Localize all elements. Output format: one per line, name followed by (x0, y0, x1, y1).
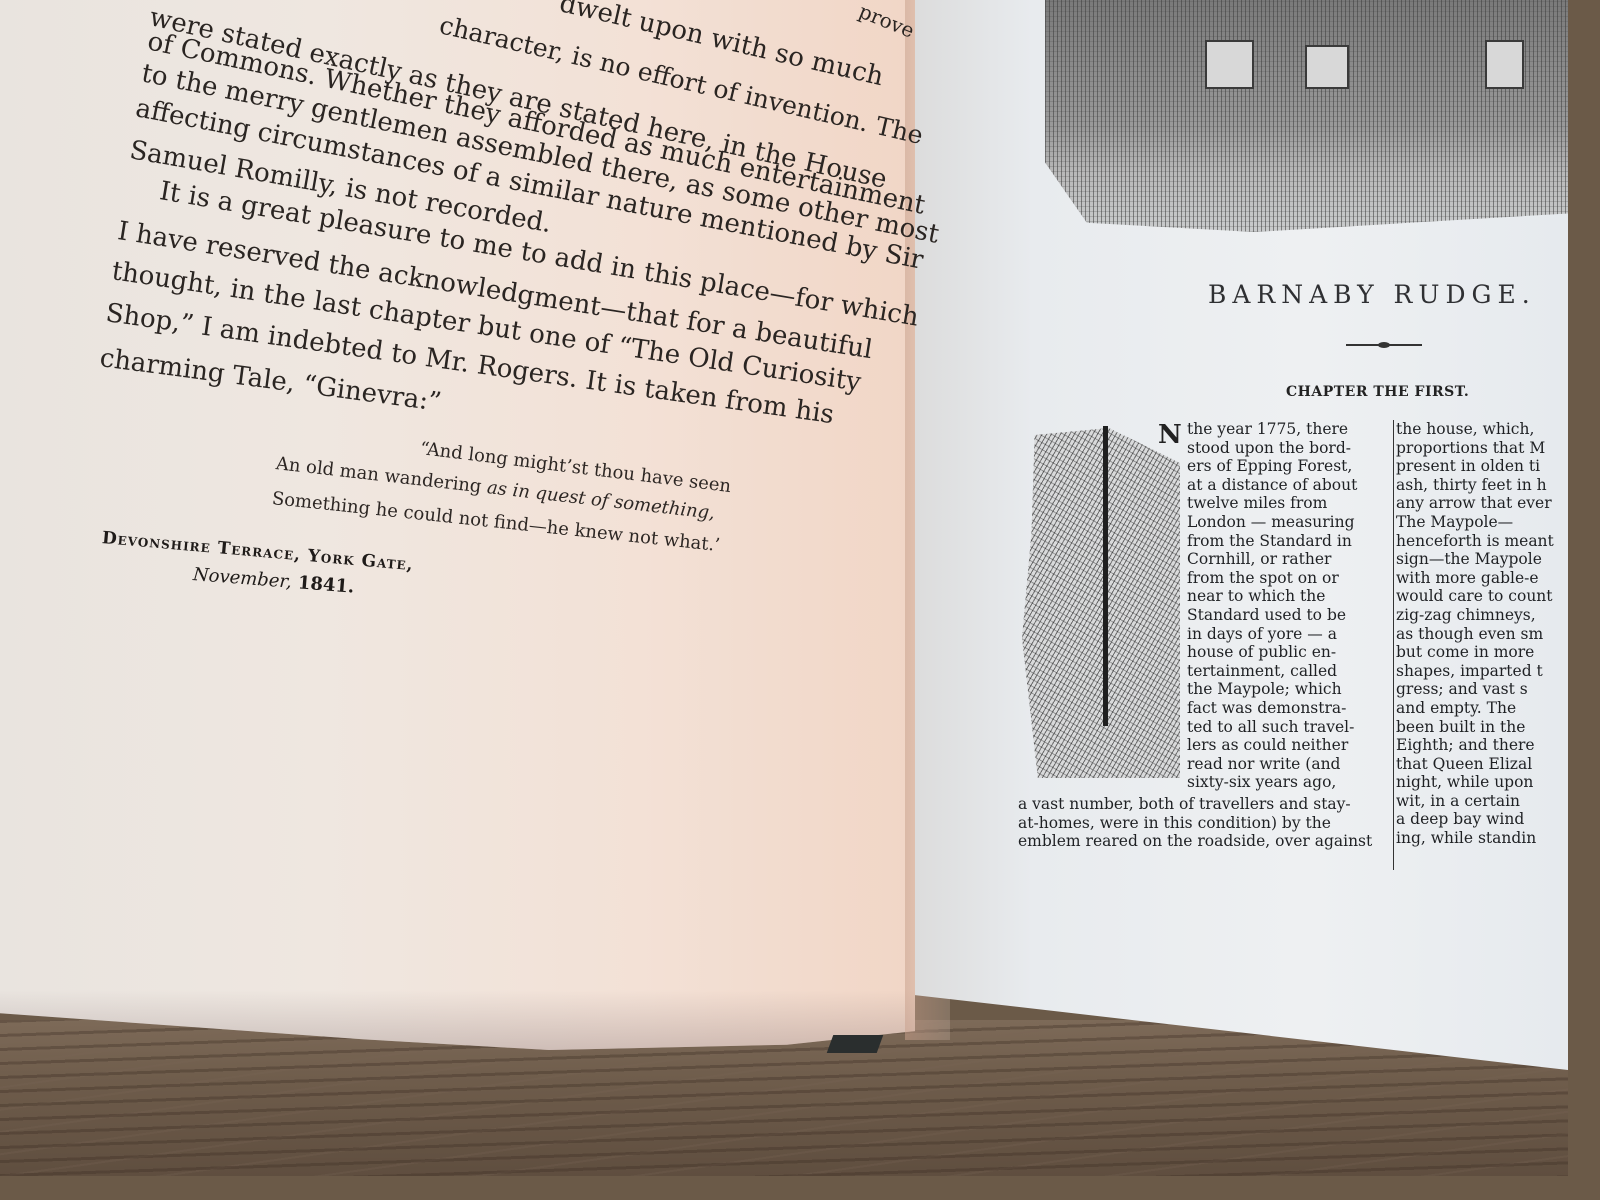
signature: Devonshire Terrace, York Gate, (101, 530, 414, 574)
book-title: BARNABY RUDGE. (1208, 280, 1536, 309)
column-line: at a distance of about (1187, 476, 1387, 495)
column-line: London — measuring (1187, 513, 1387, 532)
column-line: tertainment, called (1187, 662, 1387, 681)
text-fragment: prove (856, 1, 917, 41)
column-line: ers of Epping Forest, (1187, 457, 1387, 476)
column-line: a deep bay wind (1396, 810, 1568, 829)
column-line: the house, which, (1396, 420, 1568, 439)
column-line: any arrow that ever (1396, 494, 1568, 513)
column-line: shapes, imparted t (1396, 662, 1568, 681)
column-line: present in olden ti (1396, 457, 1568, 476)
column-line: the Maypole; which (1187, 680, 1387, 699)
column-line: been built in the (1396, 718, 1568, 737)
column-rule (1393, 420, 1394, 870)
column-line: ing, while standin (1396, 829, 1568, 848)
book-cover-edge (827, 1035, 884, 1053)
preface-text: dwelt upon with so much prove character,… (0, 0, 915, 1000)
column-line: twelve miles from (1187, 494, 1387, 513)
column-line: at-homes, were in this condition) by the (1018, 814, 1390, 833)
engraving-window (1485, 40, 1524, 89)
ornamental-rule (1346, 344, 1422, 346)
date-year: 1841. (291, 572, 355, 598)
column-line: ted to all such travel- (1187, 718, 1387, 737)
column-line: Eighth; and there (1396, 736, 1568, 755)
column-line: The Maypole— (1396, 513, 1568, 532)
text-column-2: the house, which, proportions that M pre… (1396, 420, 1568, 848)
text-column-1-wide: a vast number, both of travellers and st… (1018, 795, 1390, 851)
column-line: sixty-six years ago, (1187, 773, 1387, 792)
column-line: henceforth is meant (1396, 532, 1568, 551)
column-line: read nor write (and (1187, 755, 1387, 774)
column-line: with more gable-e (1396, 569, 1568, 588)
column-line: zig-zag chimneys, (1396, 606, 1568, 625)
column-line: wit, in a certain (1396, 792, 1568, 811)
drop-cap: N (1158, 420, 1182, 450)
column-line: in days of yore — a (1187, 625, 1387, 644)
text-column-1: the year 1775, there stood upon the bord… (1187, 420, 1387, 792)
column-line: the year 1775, there (1187, 420, 1387, 439)
column-line: gress; and vast s (1396, 680, 1568, 699)
chapter-title: CHAPTER THE FIRST. (1286, 384, 1469, 400)
column-line: would care to count (1396, 587, 1568, 606)
engraving-window (1305, 45, 1349, 89)
column-line: house of public en- (1187, 643, 1387, 662)
column-line: near to which the (1187, 587, 1387, 606)
engraving-window (1205, 40, 1254, 89)
date-month: November, (192, 564, 292, 593)
maypole-woodcut-illustration (1022, 428, 1180, 778)
column-line: ash, thirty feet in h (1396, 476, 1568, 495)
column-line: as though even sm (1396, 625, 1568, 644)
column-line: but come in more (1396, 643, 1568, 662)
column-line: Standard used to be (1187, 606, 1387, 625)
column-line: from the Standard in (1187, 532, 1387, 551)
column-line: Cornhill, or rather (1187, 550, 1387, 569)
column-line: fact was demonstra- (1187, 699, 1387, 718)
maypole-icon (1103, 426, 1108, 726)
column-line: from the spot on or (1187, 569, 1387, 588)
signature-date: November, 1841. (192, 566, 355, 597)
column-line: that Queen Elizal (1396, 755, 1568, 774)
column-line: and empty. The (1396, 699, 1568, 718)
column-line: night, while upon (1396, 773, 1568, 792)
column-line: stood upon the bord- (1187, 439, 1387, 458)
column-line: sign—the Maypole (1396, 550, 1568, 569)
column-line: lers as could neither (1187, 736, 1387, 755)
column-line: proportions that M (1396, 439, 1568, 458)
headpiece-engraving (1045, 0, 1568, 232)
column-line: a vast number, both of travellers and st… (1018, 795, 1390, 814)
column-line: emblem reared on the roadside, over agai… (1018, 832, 1390, 851)
